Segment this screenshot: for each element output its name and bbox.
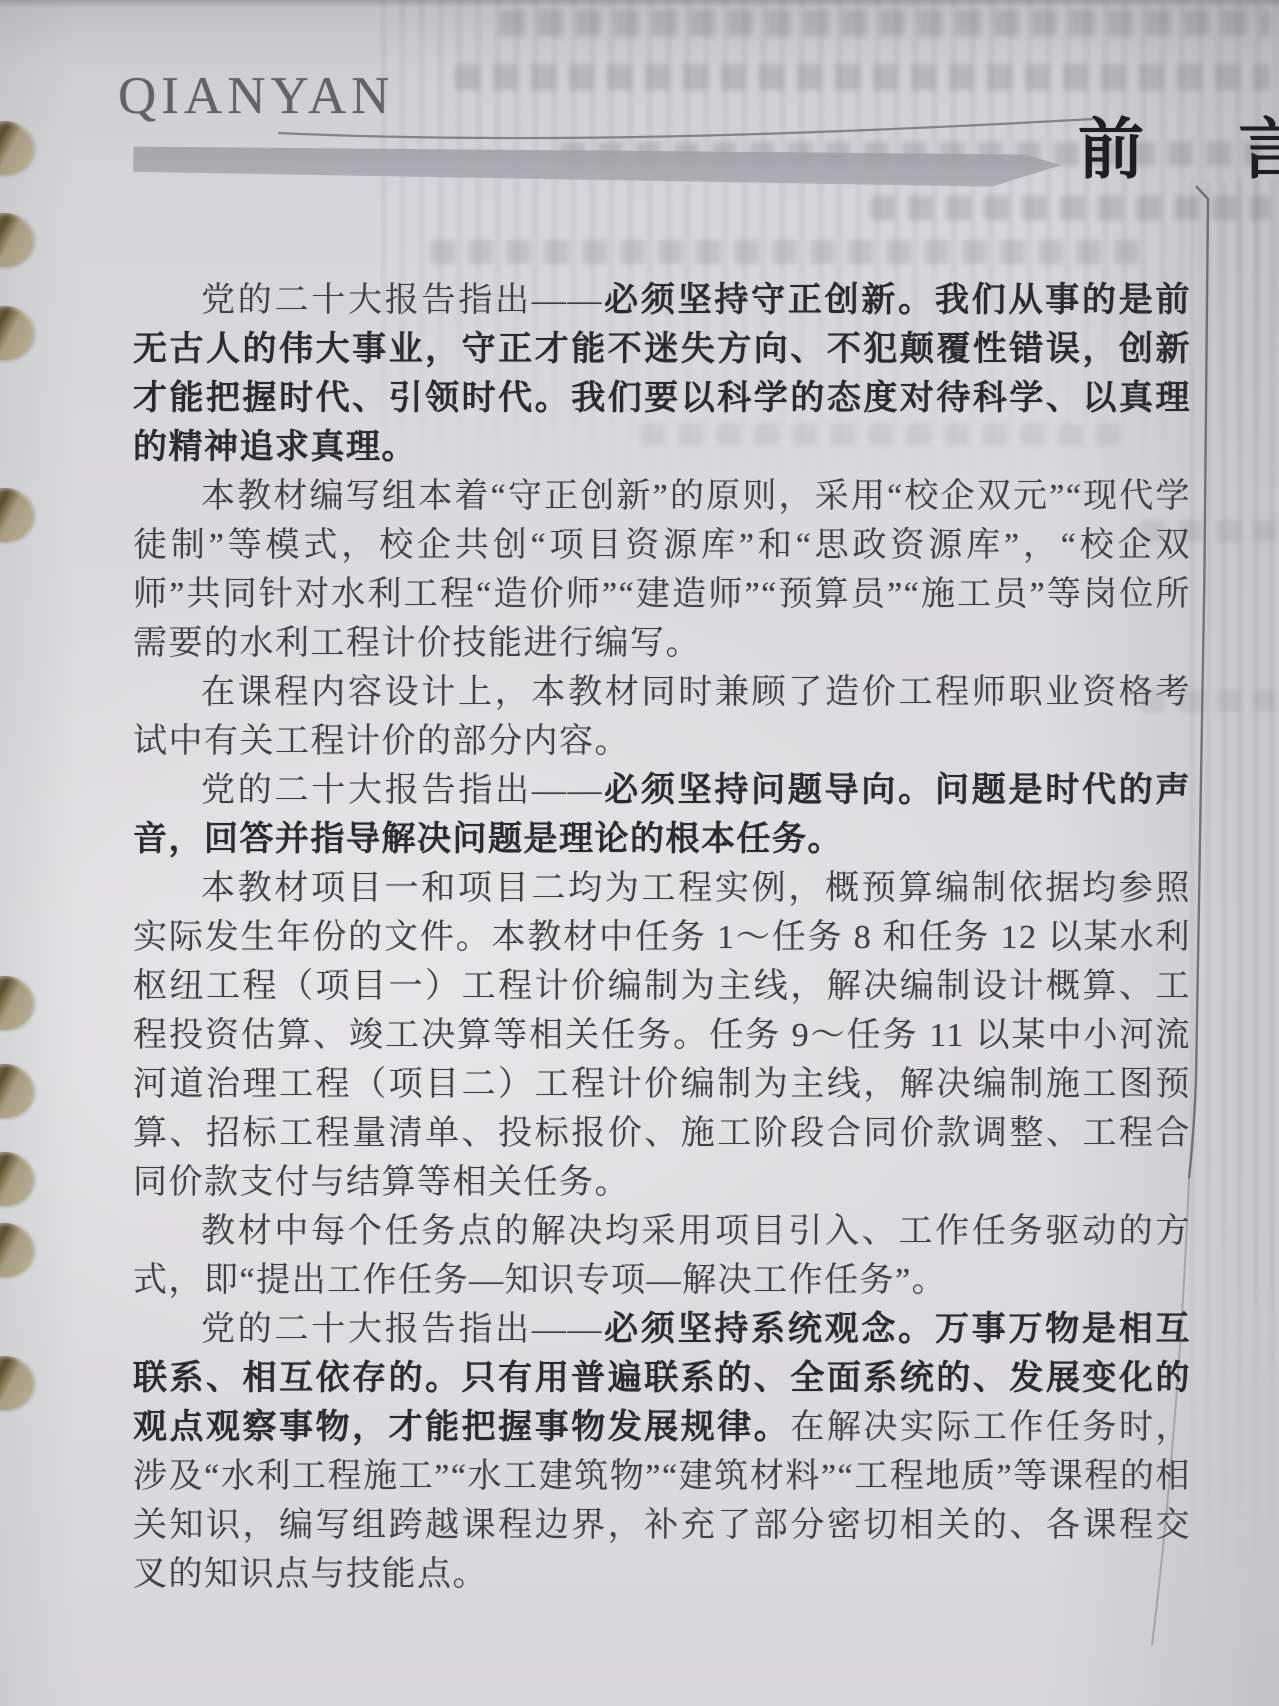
- paragraph: 党的二十大报告指出——必须坚持系统观念。万事万物是相互联系、相互依存的。只有用普…: [133, 1305, 1191, 1599]
- body-text-segment: 党的二十大报告指出——: [201, 1311, 603, 1348]
- body-text: 党的二十大报告指出——必须坚持守正创新。我们从事的是前无古人的伟大事业，守正才能…: [133, 276, 1191, 1599]
- paragraph: 本教材编写组本着“守正创新”的原则，采用“校企双元”“现代学徒制”等模式，校企共…: [133, 472, 1191, 668]
- page-title: 前 言: [1078, 116, 1279, 182]
- paragraph: 党的二十大报告指出——必须坚持守正创新。我们从事的是前无古人的伟大事业，守正才能…: [133, 276, 1191, 472]
- paragraph: 教材中每个任务点的解决均采用项目引入、工作任务驱动的方式，即“提出工作任务—知识…: [133, 1207, 1191, 1305]
- body-text-segment: 党的二十大报告指出——: [201, 772, 603, 809]
- paragraph: 在课程内容设计上，本教材同时兼顾了造价工程师职业资格考试中有关工程计价的部分内容…: [133, 668, 1191, 766]
- body-text-segment: 本教材项目一和项目二均为工程实例，概预算编制依据均参照实际发生年份的文件。本教材…: [133, 870, 1191, 1201]
- body-text-segment: 党的二十大报告指出——: [201, 282, 603, 319]
- header-thin-line: [278, 119, 1093, 138]
- paragraph: 党的二十大报告指出——必须坚持问题导向。问题是时代的声音，回答并指导解决问题是理…: [133, 766, 1191, 864]
- body-text-segment: 教材中每个任务点的解决均采用项目引入、工作任务驱动的方式，即“提出工作任务—知识…: [133, 1213, 1191, 1299]
- paragraph: 本教材项目一和项目二均为工程实例，概预算编制依据均参照实际发生年份的文件。本教材…: [133, 864, 1191, 1207]
- book-page-photo: QIANYAN 前 言 党的二十大报告指出——必须坚持守正创新。我们从事的是前无…: [0, 0, 1279, 1706]
- body-text-segment: 在课程内容设计上，本教材同时兼顾了造价工程师职业资格考试中有关工程计价的部分内容…: [133, 674, 1191, 760]
- margin-vertical-rule: [1189, 186, 1208, 1178]
- body-text-segment: 本教材编写组本着“守正创新”的原则，采用“校企双元”“现代学徒制”等模式，校企共…: [133, 478, 1191, 662]
